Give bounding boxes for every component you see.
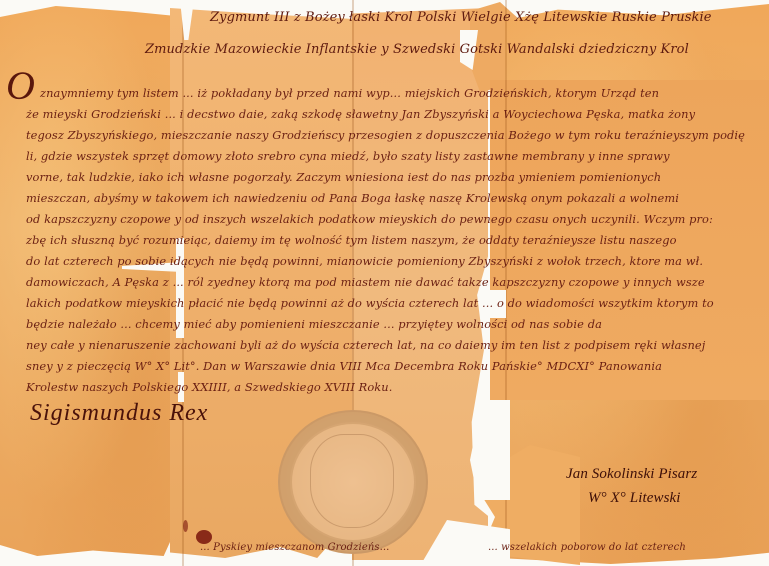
body-line: li, gdzie wszystek sprzęt domowy złoto s… [26, 149, 670, 163]
heading-line-2: Zmudzkie Mazowieckie Inflantskie y Szwed… [145, 42, 689, 57]
tear-hole [470, 400, 510, 500]
body-line: mieszczan, abyśmy w takowem ich nawiedze… [26, 191, 679, 205]
body-line: że mieyski Grodzieński ... i decstwo dai… [26, 107, 695, 121]
drop-cap: O [6, 62, 35, 109]
parchment-document: Zygmunt III z Bożey łaski Krol Polski Wi… [0, 0, 769, 566]
secretary-signature-line-2: W° X° Litewski [588, 490, 681, 507]
king-signature: Sigismundus Rex [30, 400, 208, 427]
body-line: ney całe y nienaruszenie zachowani byli … [26, 338, 705, 352]
body-line: sney y z pieczęcią W° X° Lit°. Dan w War… [26, 359, 662, 373]
body-line: damowiczach, A Pęska z ... ról zyedney k… [26, 275, 705, 289]
ink-stain [183, 520, 188, 532]
body-line: lakich podatkow mieyskich płacić nie będ… [26, 296, 714, 310]
body-line: zbę ich słuszną być rozumieiąc, daiemy i… [26, 233, 677, 247]
wax-seal [278, 410, 428, 554]
body-line: będzie należało ... chcemy mieć aby pomi… [26, 317, 602, 331]
body-line: Krolestw naszych Polskiego XXIIII, a Szw… [26, 380, 392, 394]
seal-coat-of-arms [310, 434, 394, 528]
footer-note-left: ... Pyskiey mieszczanom Grodzieńs... [200, 542, 389, 553]
body-line: tegosz Zbyszyńskiego, mieszczanie naszy … [26, 128, 745, 142]
footer-note-right: ... wszelakich poborow do lat czterech [488, 542, 686, 553]
body-line: vorne, tak ludzkie, iako ich własne pogo… [26, 170, 661, 184]
body-line: od kapszczyzny czopowe y od inszych wsze… [26, 212, 713, 226]
body-line: do lat czterech po sobie idących nie będ… [26, 254, 703, 268]
heading-line-1: Zygmunt III z Bożey łaski Krol Polski Wi… [210, 10, 712, 25]
body-line: znaymniemy tym listem ... iż pokładany b… [40, 86, 659, 100]
secretary-signature-line-1: Jan Sokolinski Pisarz [566, 466, 697, 483]
